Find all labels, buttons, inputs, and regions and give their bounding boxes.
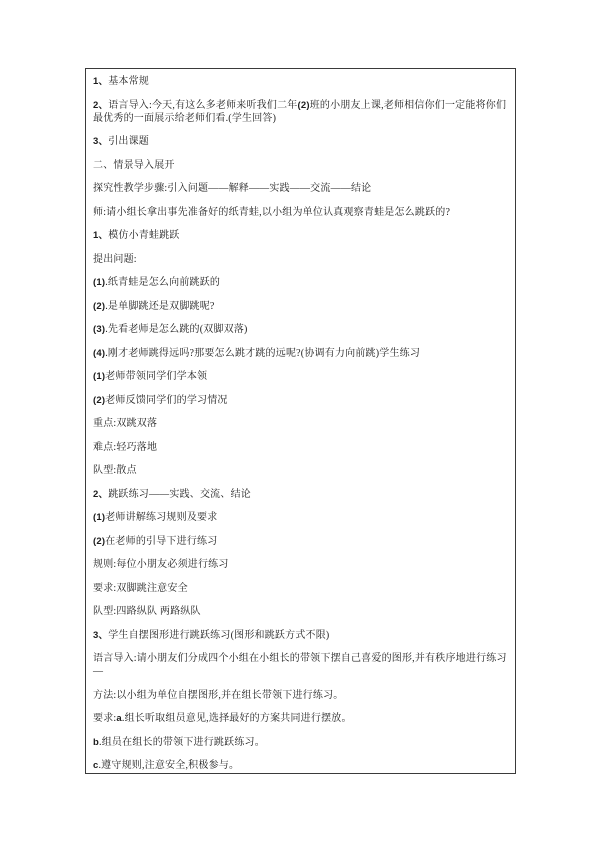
paragraph: 1、模仿小青蛙跳跃 [93,229,509,242]
paragraph-text: 方法:以小组为单位自摆图形,并在组长带领下进行练习。 [93,690,343,701]
paragraph-text: 队型:四路纵队 两路纵队 [93,606,201,617]
paragraph: 队型:散点 [93,464,509,477]
paragraph-text: 难点:轻巧落地 [93,442,157,453]
paragraph: 1、基本常规 [93,75,509,88]
paragraph-text: 在老师的引导下进行练习 [105,536,217,547]
paragraph-number: 2、 [93,489,108,500]
paragraph-text: .组员在组长的带领下进行跳跃练习。 [99,737,265,748]
paragraph: (1)老师讲解练习规则及要求 [93,511,509,524]
paragraph: (4).刚才老师跳得远吗?那要怎么跳才跳的远呢?(协调有力向前跳)学生练习 [93,347,509,360]
paragraph: b.组员在组长的带领下进行跳跃练习。 [93,736,509,749]
paragraph-text: 规则:每位小朋友必须进行练习 [93,559,229,570]
paragraph-text: 二、情景导入展开 [93,160,175,171]
paragraph: 要求:a.组长听取组员意见,选择最好的方案共同进行摆放。 [93,712,509,725]
paragraph-number: (1) [93,512,105,523]
paragraph: 要求:双脚跳注意安全 [93,582,509,595]
paragraph-text: 探究性教学步骤:引入问题——解释——实践——交流——结论 [93,183,371,194]
paragraph-number: (2) [93,301,105,312]
paragraph: 探究性教学步骤:引入问题——解释——实践——交流——结论 [93,182,509,195]
paragraph-text: 模仿小青蛙跳跃 [108,230,179,241]
paragraph: (2)在老师的引导下进行练习 [93,535,509,548]
paragraph-number: 1、 [93,230,108,241]
paragraph-number: 3、 [93,136,108,147]
paragraph-text: 老师反馈同学们的学习情况 [105,395,227,406]
paragraph: 2、语言导入:今天,有这么多老师来听我们二年(2)班的小朋友上课,老师相信你们一… [93,99,509,125]
paragraph-number: (4) [93,348,105,359]
paragraph-text: 学生自摆图形进行跳跃练习(图形和跳跃方式不限) [108,630,329,641]
paragraph-text: .纸青蛙是怎么向前跳跃的 [105,277,220,288]
paragraph-text: .组长听取组员意见,选择最好的方案共同进行摆放。 [122,713,352,724]
paragraph: 难点:轻巧落地 [93,441,509,454]
paragraph: 重点:双跳双落 [93,417,509,430]
paragraph-number: (3) [93,324,105,335]
paragraph: (2)老师反馈同学们的学习情况 [93,394,509,407]
paragraph-text: .遵守规则,注意安全,积极参与。 [98,760,239,771]
paragraph-text: 语言导入:今天,有这么多老师来听我们二年 [108,100,297,111]
paragraph-text: .先看老师是怎么跳的(双脚双落) [105,324,247,335]
paragraph: c.遵守规则,注意安全,积极参与。 [93,759,509,772]
paragraph-number: (2) [297,100,309,111]
paragraph: 规则:每位小朋友必须进行练习 [93,558,509,571]
paragraph-text: 老师带领同学们学本领 [105,371,207,382]
paragraph: 队型:四路纵队 两路纵队 [93,605,509,618]
paragraph-text: 语言导入:请小朋友们分成四个小组在小组长的带领下摆自己喜爱的图形,并有秩序地进行… [93,653,507,677]
paragraph-number: 3、 [93,630,108,641]
paragraph-number: (1) [93,371,105,382]
paragraph-number: 2、 [93,100,108,111]
paragraph: 语言导入:请小朋友们分成四个小组在小组长的带领下摆自己喜爱的图形,并有秩序地进行… [93,652,509,678]
paragraph-text: 基本常规 [108,76,149,87]
paragraph-text: 师:请小组长拿出事先准备好的纸青蛙,以小组为单位认真观察青蛙是怎么跳跃的? [93,207,450,218]
paragraph-text: 要求: [93,713,116,724]
paragraph-number: 1、 [93,76,108,87]
paragraph: 3、学生自摆图形进行跳跃练习(图形和跳跃方式不限) [93,629,509,642]
paragraph: (2).是单脚跳还是双脚跳呢? [93,300,509,313]
paragraph: 师:请小组长拿出事先准备好的纸青蛙,以小组为单位认真观察青蛙是怎么跳跃的? [93,206,509,219]
paragraph-number: (2) [93,395,105,406]
paragraph-text: .是单脚跳还是双脚跳呢? [105,301,214,312]
paragraph: 提出问题: [93,253,509,266]
paragraph-number: (1) [93,277,105,288]
paragraph-text: 重点:双跳双落 [93,418,157,429]
paragraph-text: 要求:双脚跳注意安全 [93,583,188,594]
paragraph: (1)老师带领同学们学本领 [93,370,509,383]
paragraph: 2、跳跃练习——实践、交流、结论 [93,488,509,501]
paragraph-text: .刚才老师跳得远吗?那要怎么跳才跳的远呢?(协调有力向前跳)学生练习 [105,348,420,359]
paragraph: 二、情景导入展开 [93,159,509,172]
paragraph: 3、引出课题 [93,135,509,148]
paragraph-text: 队型:散点 [93,465,137,476]
paragraph-number: (2) [93,536,105,547]
lesson-plan-table-cell: 1、基本常规2、语言导入:今天,有这么多老师来听我们二年(2)班的小朋友上课,老… [85,68,516,774]
paragraph: 方法:以小组为单位自摆图形,并在组长带领下进行练习。 [93,689,509,702]
paragraph-text: 跳跃练习——实践、交流、结论 [108,489,251,500]
paragraph-text: 提出问题: [93,254,137,265]
paragraph-text: 引出课题 [108,136,149,147]
paragraph: (3).先看老师是怎么跳的(双脚双落) [93,323,509,336]
document-page: 1、基本常规2、语言导入:今天,有这么多老师来听我们二年(2)班的小朋友上课,老… [0,0,595,842]
paragraph-text: 老师讲解练习规则及要求 [105,512,217,523]
paragraph: (1).纸青蛙是怎么向前跳跃的 [93,276,509,289]
